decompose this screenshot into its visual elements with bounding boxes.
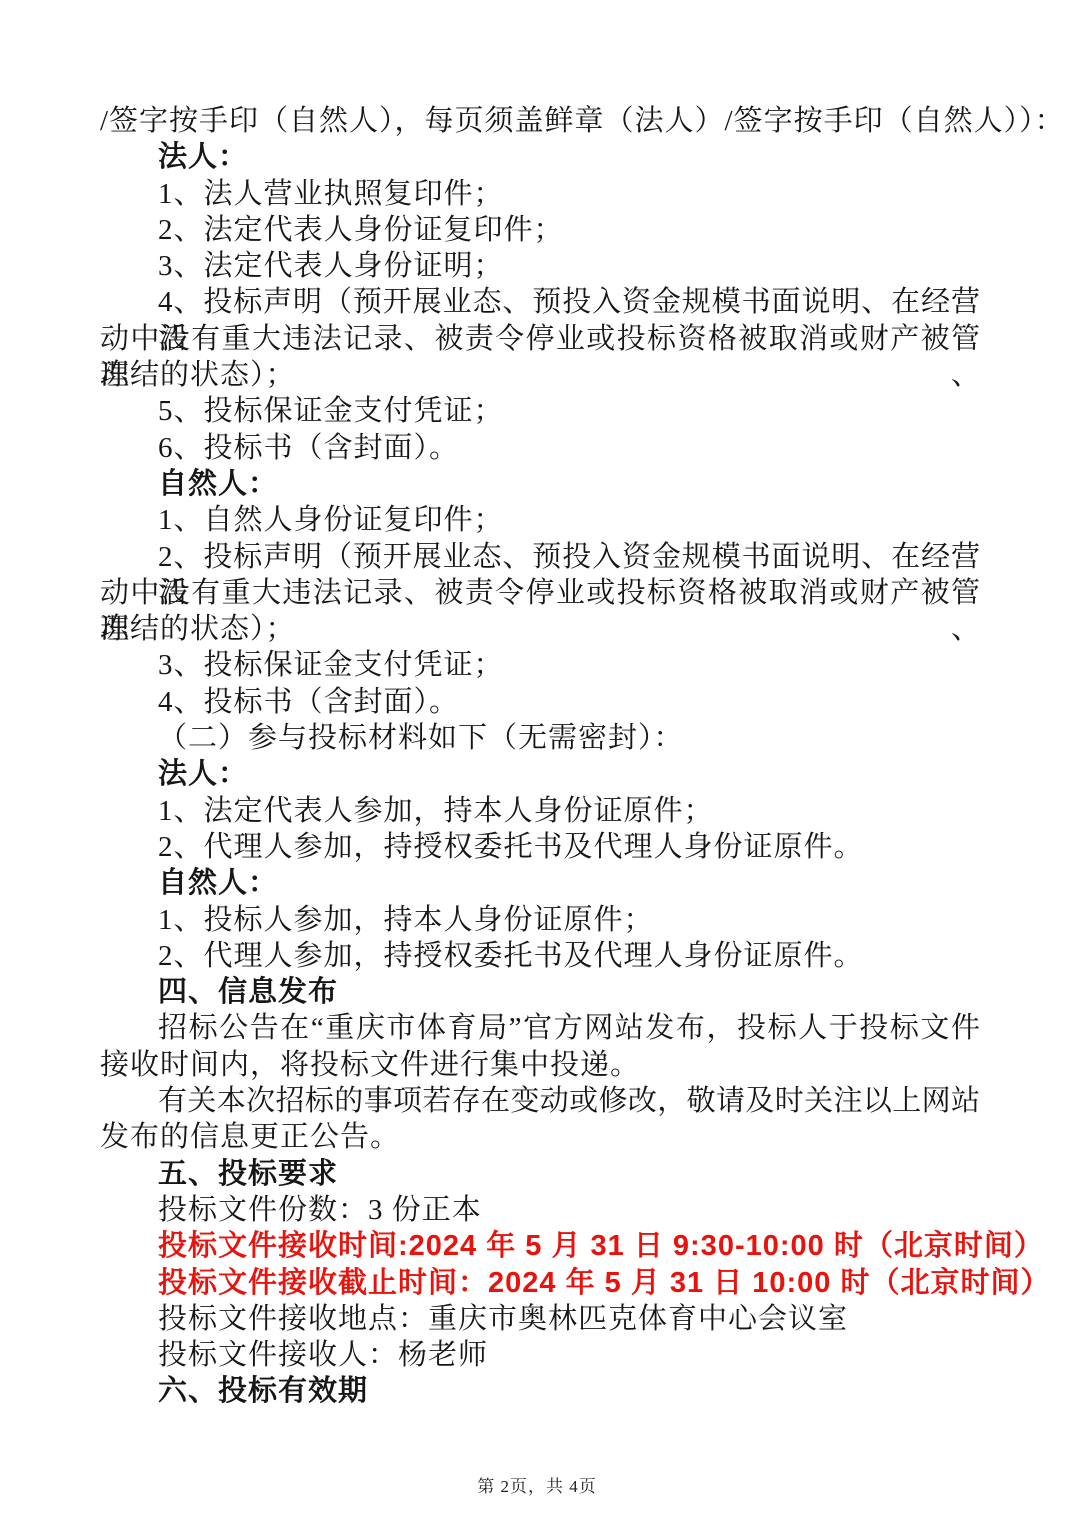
document-body: /签字按手印（自然人），每页须盖鲜章（法人）/签字按手印（自然人））：法人：1、… (100, 103, 980, 1410)
text-line: 动中没有重大违法记录、被责令停业或投标资格被取消或财产被管理、 (100, 575, 980, 611)
text-line: 动中没有重大违法记录、被责令停业或投标资格被取消或财产被管理、 (100, 321, 980, 357)
text-line: 有关本次招标的事项若存在变动或修改，敬请及时关注以上网站 (100, 1083, 980, 1119)
text-line: 4、投标书（含封面）。 (100, 684, 980, 720)
text-line: 4、投标声明（预开展业态、预投入资金规模书面说明、在经营活 (100, 284, 980, 320)
section-heading-line: 五、投标要求 (100, 1156, 980, 1192)
text-line: 2、投标声明（预开展业态、预投入资金规模书面说明、在经营活 (100, 539, 980, 575)
section-heading-line: 法人： (100, 756, 980, 792)
text-line: 接收时间内，将投标文件进行集中投递。 (100, 1047, 980, 1083)
text-line: 6、投标书（含封面）。 (100, 430, 980, 466)
text-line: 2、法定代表人身份证复印件； (100, 212, 980, 248)
text-line: 投标文件份数：3 份正本 (100, 1192, 980, 1228)
page-number-footer: 第 2页，共 4页 (0, 1472, 1074, 1497)
section-heading-line: 四、信息发布 (100, 974, 980, 1010)
text-line: （二）参与投标材料如下（无需密封）： (100, 720, 980, 756)
text-line: 2、代理人参加，持授权委托书及代理人身份证原件。 (100, 938, 980, 974)
section-heading-line: 六、投标有效期 (100, 1373, 980, 1409)
text-line: 1、自然人身份证复印件； (100, 502, 980, 538)
text-line: 1、投标人参加，持本人身份证原件； (100, 902, 980, 938)
text-line: 3、法定代表人身份证明； (100, 248, 980, 284)
highlighted-text-line: 投标文件接收时间:2024 年 5 月 31 日 9:30-10:00 时（北京… (100, 1228, 980, 1264)
highlighted-text-line: 投标文件接收截止时间：2024 年 5 月 31 日 10:00 时（北京时间） (100, 1265, 980, 1301)
section-heading-line: 法人： (100, 139, 980, 175)
text-line: /签字按手印（自然人），每页须盖鲜章（法人）/签字按手印（自然人））： (100, 103, 980, 139)
section-heading-line: 自然人： (100, 466, 980, 502)
text-line: 5、投标保证金支付凭证； (100, 393, 980, 429)
text-line: 投标文件接收地点：重庆市奥林匹克体育中心会议室 (100, 1301, 980, 1337)
text-line: 3、投标保证金支付凭证； (100, 647, 980, 683)
text-line: 发布的信息更正公告。 (100, 1119, 980, 1155)
text-line: 招标公告在“重庆市体育局”官方网站发布，投标人于投标文件 (100, 1010, 980, 1046)
text-line: 2、代理人参加，持授权委托书及代理人身份证原件。 (100, 829, 980, 865)
text-line: 1、法人营业执照复印件； (100, 176, 980, 212)
text-line: 1、法定代表人参加，持本人身份证原件； (100, 793, 980, 829)
text-line: 投标文件接收人：杨老师 (100, 1337, 980, 1373)
section-heading-line: 自然人： (100, 865, 980, 901)
